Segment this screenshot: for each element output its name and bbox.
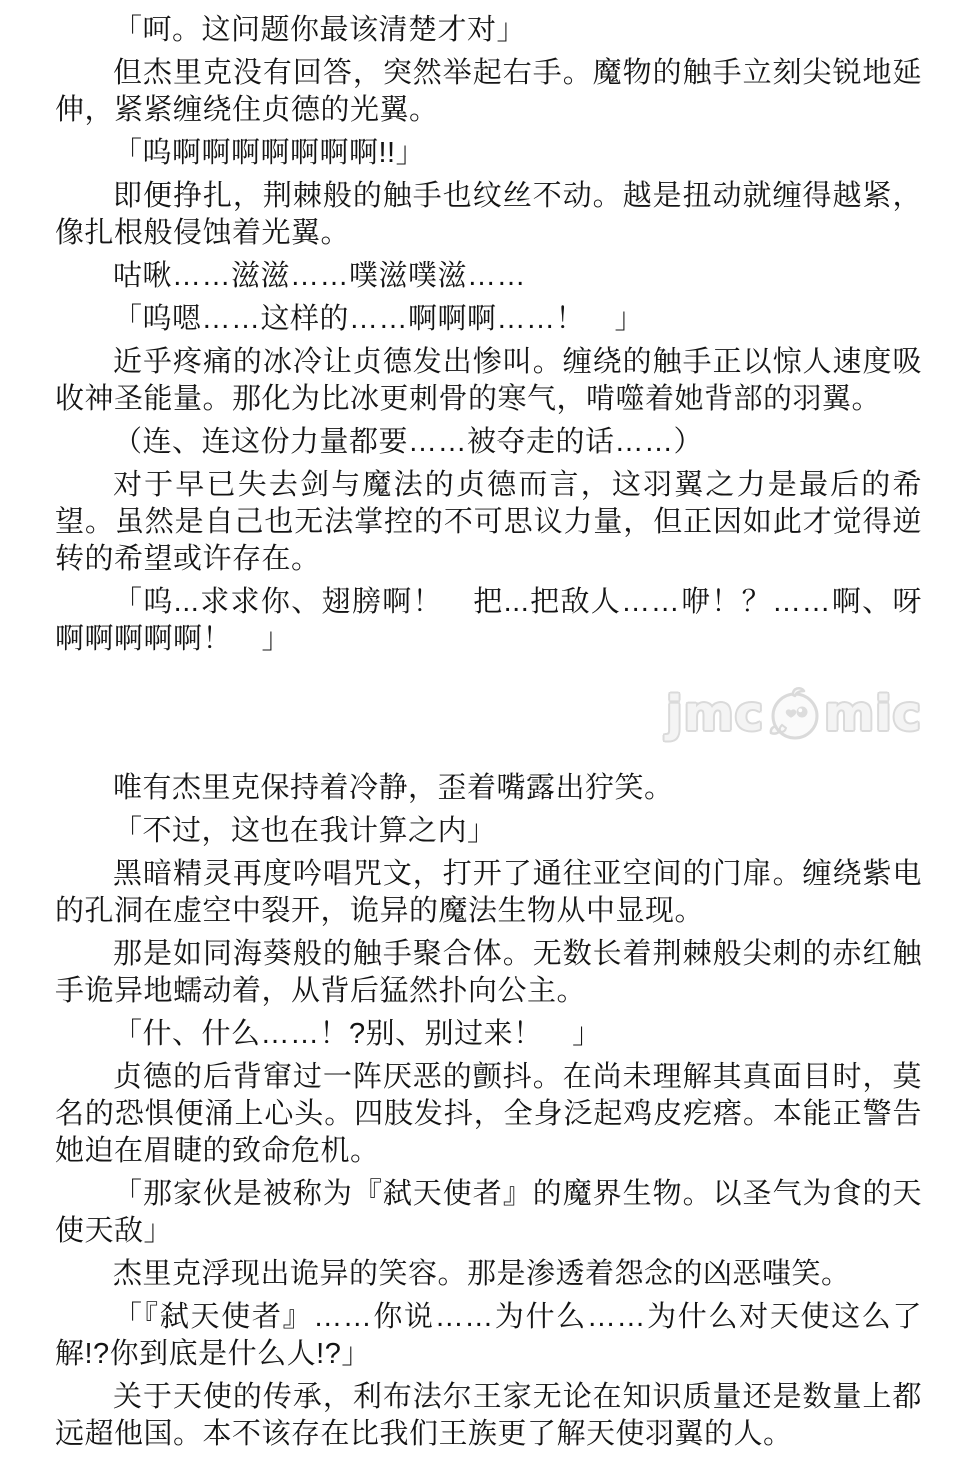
narration-paragraph: 近乎疼痛的冰冷让贞德发出惨叫。缠绕的触手正以惊人速度吸收神圣能量。那化为比冰更刺… xyxy=(55,344,922,418)
narration-paragraph: 即便挣扎，荆棘般的触手也纹丝不动。越是扭动就缠得越紧，像扎根般侵蚀着光翼。 xyxy=(55,178,922,252)
narration-paragraph: 关于天使的传承，利布法尔王家无论在知识质量还是数量上都远超他国。本不该存在比我们… xyxy=(55,1379,922,1453)
watermark-row: jmc mic xyxy=(55,664,922,764)
narration-paragraph: 黑暗精灵再度吟唱咒文，打开了通往亚空间的门扉。缠绕紫电的孔洞在虚空中裂开，诡异的… xyxy=(55,856,922,930)
dialogue-line: 「呵。这问题你最该清楚才对」 xyxy=(55,12,922,49)
sfx-line: 咕啾……滋滋……噗滋噗滋…… xyxy=(55,258,922,295)
narration-paragraph: 贞德的后背窜过一阵厌恶的颤抖。在尚未理解其真面目时，莫名的恐惧便涌上心头。四肢发… xyxy=(55,1059,922,1170)
dialogue-line: 「呜嗯……这样的……啊啊啊……！ 」 xyxy=(55,301,922,338)
watermark-text-suffix: mic xyxy=(824,690,922,738)
narration-paragraph: 对于早已失去剑与魔法的贞德而言，这羽翼之力是最后的希望。虽然是自己也无法掌控的不… xyxy=(55,467,922,578)
dialogue-line: 「那家伙是被称为『弑天使者』的魔界生物。以圣气为食的天使天敌」 xyxy=(55,1176,922,1250)
narration-paragraph: 杰里克浮现出诡异的笑容。那是渗透着怨念的凶恶嗤笑。 xyxy=(55,1256,922,1293)
jmcomic-watermark: jmc mic xyxy=(666,685,922,743)
narration-paragraph: 那是如同海葵般的触手聚合体。无数长着荆棘般尖刺的赤红触手诡异地蠕动着，从背后猛然… xyxy=(55,936,922,1010)
narration-paragraph: 但杰里克没有回答，突然举起右手。魔物的触手立刻尖锐地延伸，紧紧缠绕住贞德的光翼。 xyxy=(55,55,922,129)
novel-page: 「呵。这问题你最该清楚才对」 但杰里克没有回答，突然举起右手。魔物的触手立刻尖锐… xyxy=(0,0,974,1459)
dialogue-line: 「什、什么……！?别、别过来！ 」 xyxy=(55,1016,922,1053)
dialogue-line: 「呜...求求你、翅膀啊！ 把...把敌人……咿！？……啊、呀啊啊啊啊啊！ 」 xyxy=(55,584,922,658)
dialogue-line: 「不过，这也在我计算之内」 xyxy=(55,813,922,850)
watermark-text-prefix: jmc xyxy=(666,690,764,738)
narration-paragraph: 唯有杰里克保持着冷静，歪着嘴露出狞笑。 xyxy=(55,770,922,807)
dialogue-line: 「『弑天使者』……你说……为什么……为什么对天使这么了解!?你到底是什么人!?」 xyxy=(55,1299,922,1373)
thought-line: （连、连这份力量都要……被夺走的话……） xyxy=(55,424,922,461)
chick-face-icon xyxy=(765,685,823,743)
dialogue-line: 「呜啊啊啊啊啊啊啊!!」 xyxy=(55,135,922,172)
